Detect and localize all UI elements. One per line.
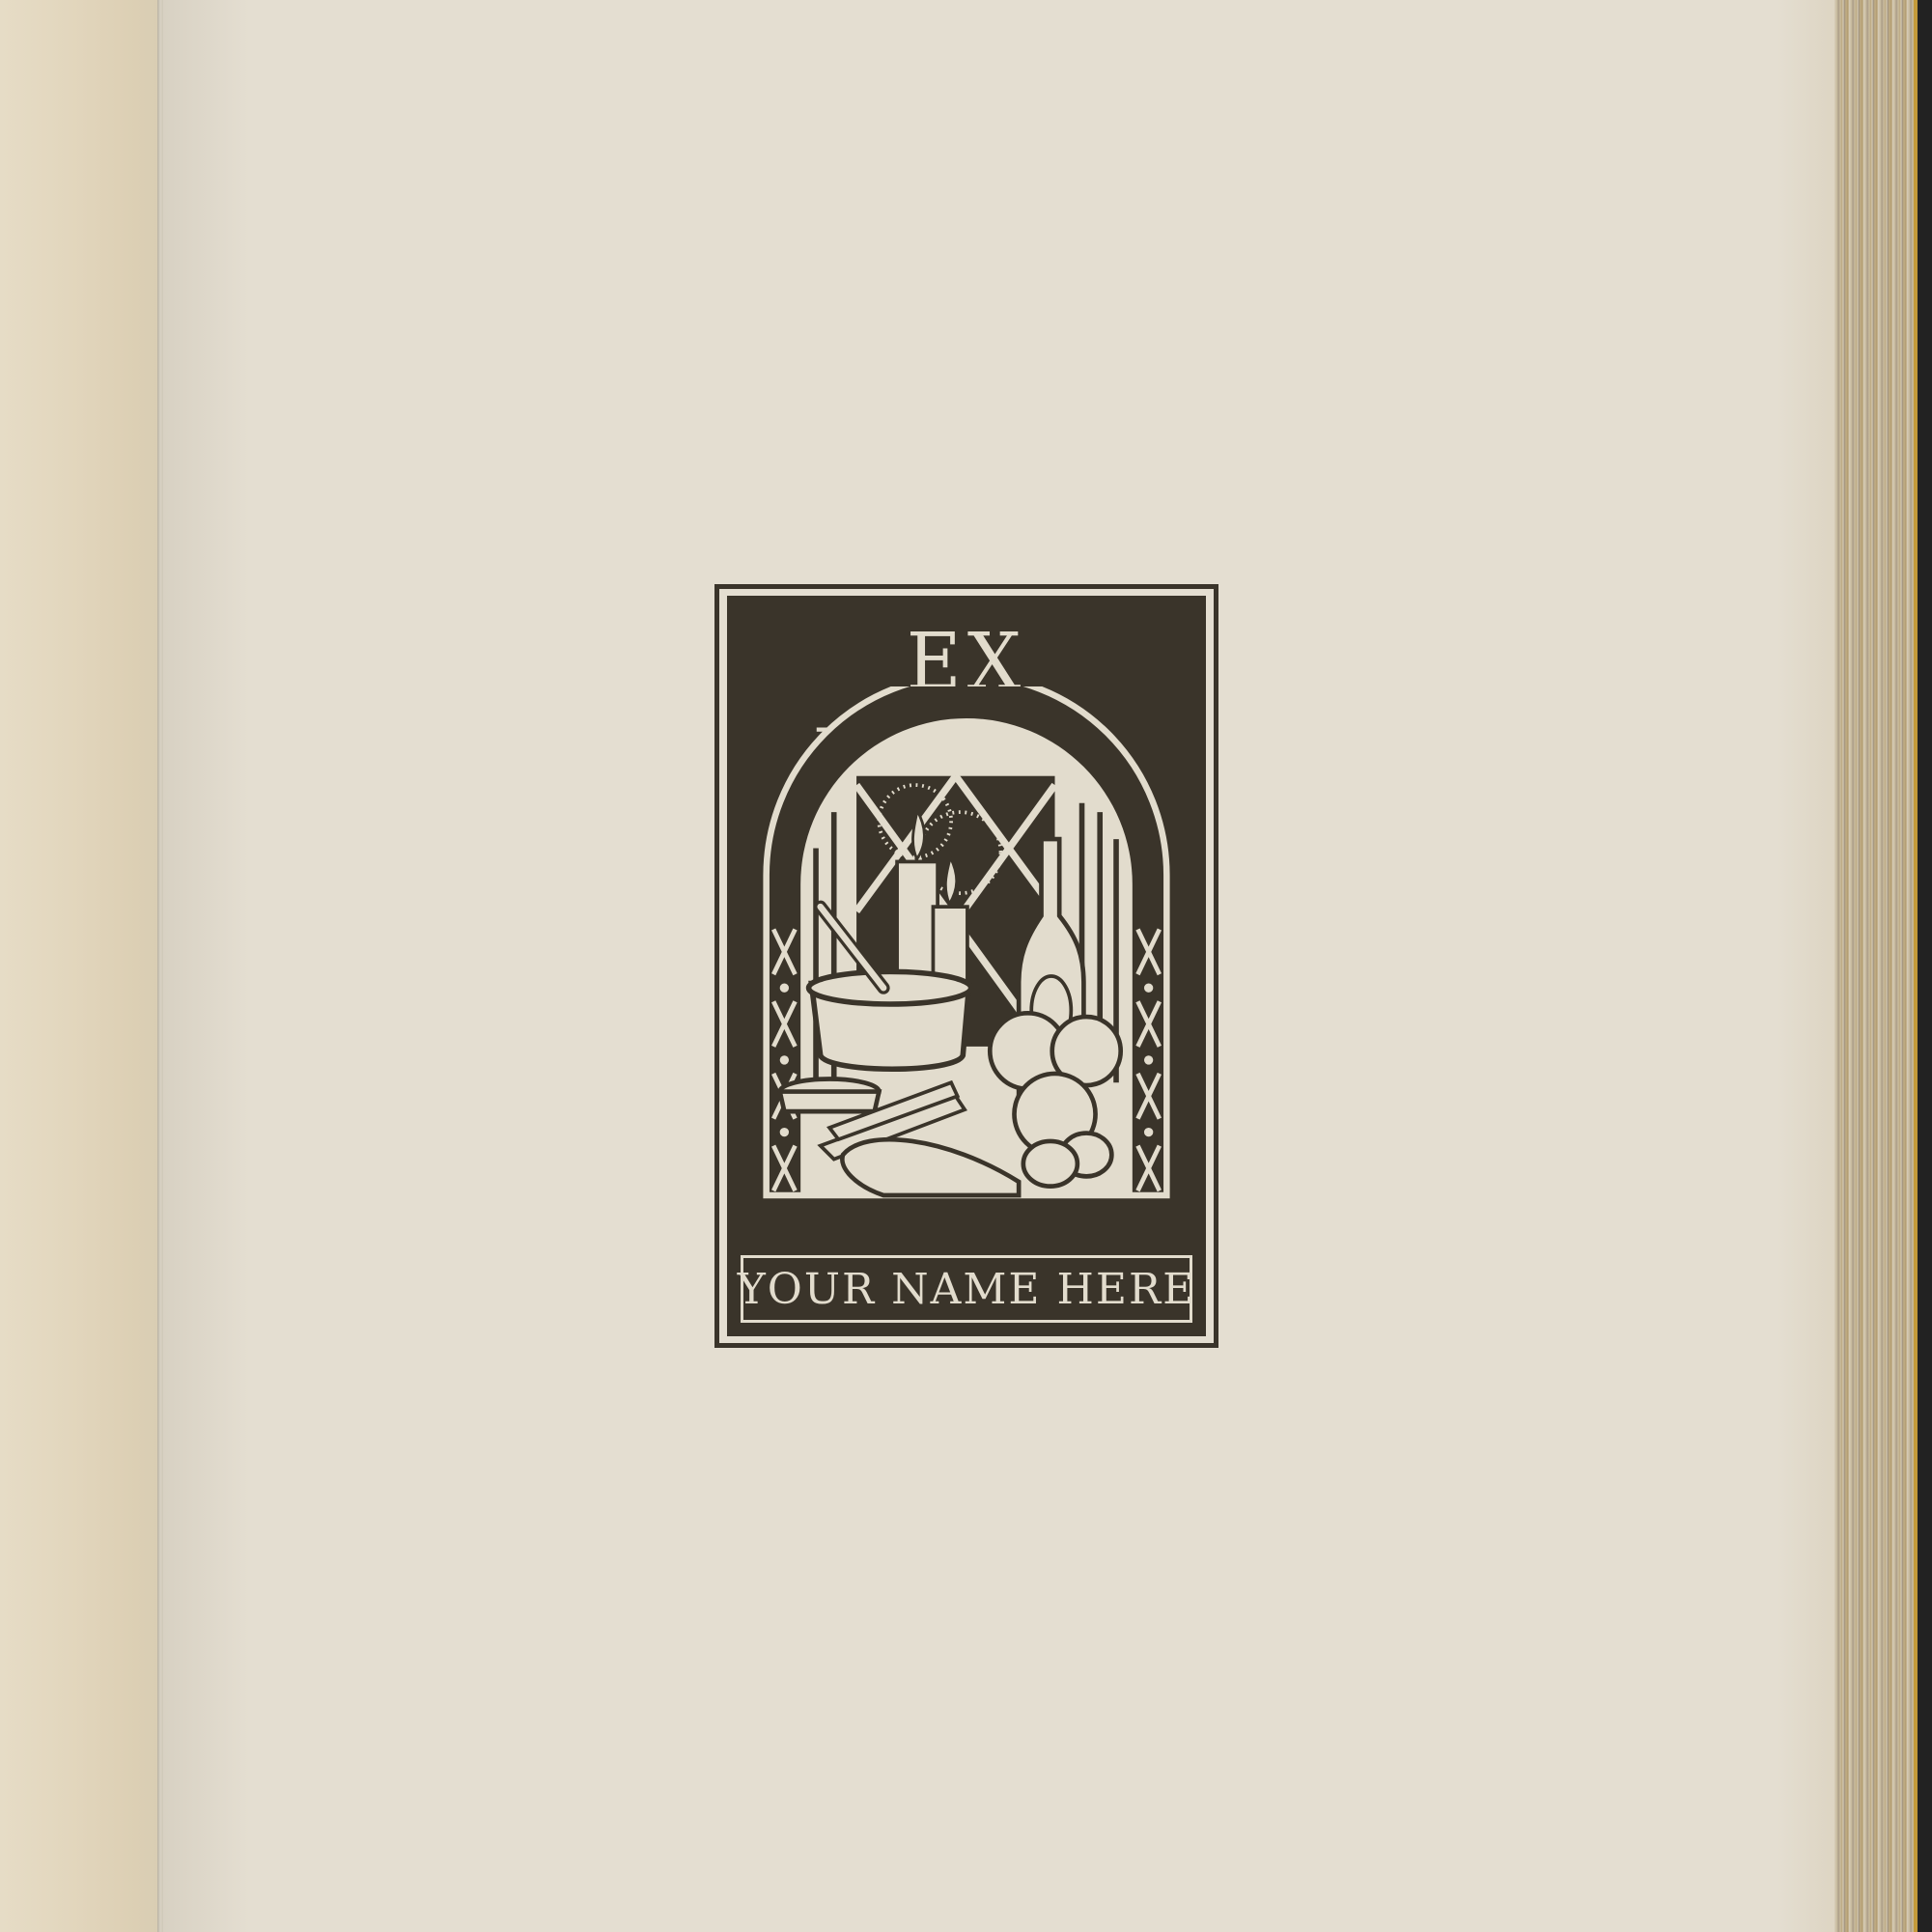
left-facing-page (0, 0, 157, 1932)
bookplate-illustration (748, 686, 1185, 1213)
page-fore-edge (1834, 0, 1918, 1932)
ex-libris-bookplate: EX LIBRIS (714, 584, 1218, 1348)
owner-name: YOUR NAME HERE (738, 1265, 1196, 1314)
book-cover-edge (1918, 0, 1932, 1932)
kitchen-still-life-illustration (748, 686, 1185, 1213)
bookplate-panel: EX LIBRIS (727, 596, 1206, 1336)
bookplate-nameplate: YOUR NAME HERE (741, 1255, 1192, 1323)
